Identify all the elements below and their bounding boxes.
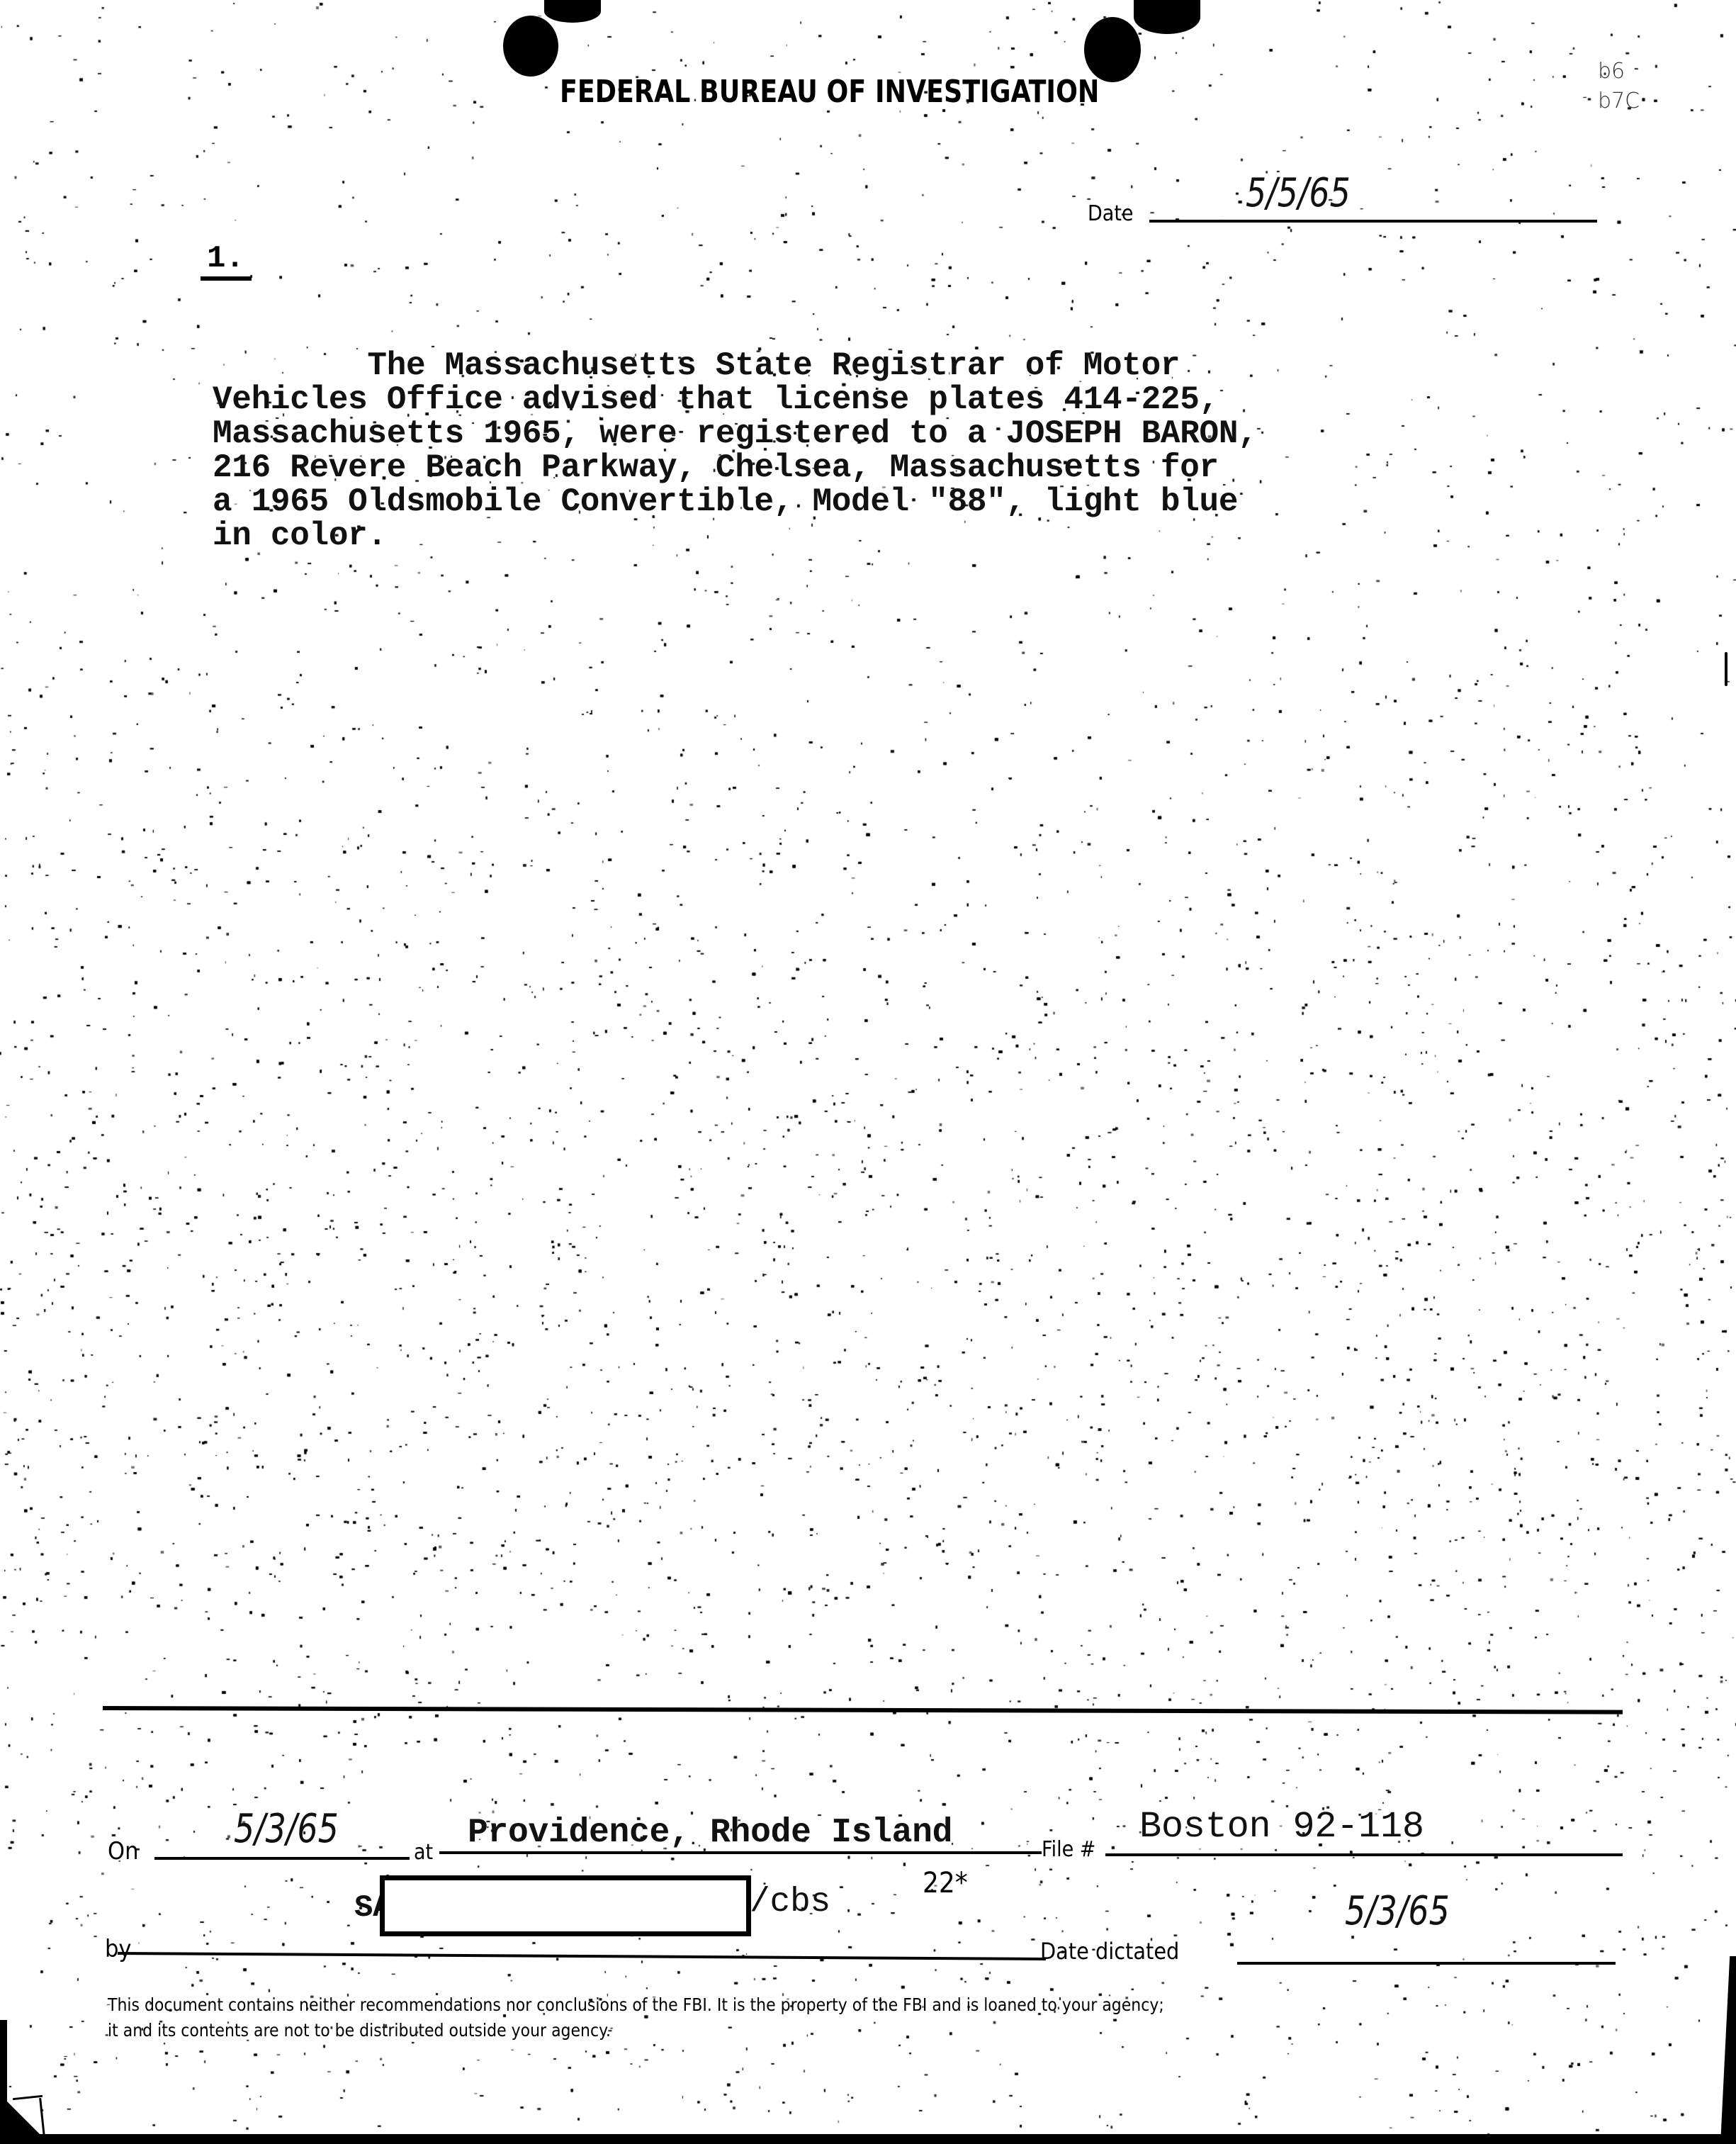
punch-hole-right <box>1084 17 1141 82</box>
agency-title: FEDERAL BUREAU OF INVESTIGATION <box>560 74 1099 110</box>
body-line-1: The Massachusetts State Registrar of Mot… <box>213 349 1180 383</box>
scan-edge-right <box>1720 1956 1736 2144</box>
date-value: 5/5/65 <box>1246 170 1351 216</box>
on-rule <box>154 1857 410 1860</box>
section-number: 1. <box>207 241 244 276</box>
section-number-underline <box>201 276 252 281</box>
date-dictated-label: Date dictated <box>1040 1938 1179 1965</box>
fold-crease-vertical <box>39 2098 45 2137</box>
fbi-document-page: FEDERAL BUREAU OF INVESTIGATION b6 b7C D… <box>0 0 1736 2144</box>
body-line-6: in color. <box>213 519 387 553</box>
punch-hole-left-top <box>544 0 601 23</box>
body-line-4: 216 Revere Beach Parkway, Chelsea, Massa… <box>213 451 1219 485</box>
scan-edge-bottom <box>0 2134 1736 2144</box>
scan-edge-mark <box>1725 652 1727 686</box>
on-date-value: 5/3/65 <box>234 1806 339 1852</box>
typist-initials: /cbs <box>750 1885 830 1919</box>
at-location-value: Providence, Rhode Island <box>468 1816 952 1850</box>
on-label: On <box>108 1837 138 1865</box>
date-dictated-value: 5/3/65 <box>1345 1888 1450 1934</box>
by-label: by <box>105 1935 132 1963</box>
footer-separator <box>103 1706 1623 1714</box>
at-label: at <box>414 1840 433 1865</box>
date-dictated-rule <box>1237 1962 1616 1965</box>
fold-crease <box>13 2095 43 2100</box>
body-line-5: a 1965 Oldsmobile Convertible, Model "88… <box>213 485 1238 519</box>
by-rule <box>118 1952 1046 1960</box>
date-rule <box>1149 220 1597 223</box>
file-number-label: File # <box>1042 1837 1095 1862</box>
punch-hole-right-top <box>1134 0 1200 34</box>
body-line-3: Massachusetts 1965, were registered to a… <box>213 417 1257 451</box>
serial-annotation: 22* <box>923 1867 968 1899</box>
file-number-rule <box>1105 1853 1623 1856</box>
exemption-code-b7c: b7C <box>1598 91 1640 112</box>
disclaimer-line-1: This document contains neither recommend… <box>108 1994 1164 2015</box>
disclaimer-line-2: it and its contents are not to be distri… <box>108 2020 611 2041</box>
body-line-2: Vehicles Office advised that license pla… <box>213 383 1219 417</box>
file-number-value: Boston 92-118 <box>1139 1810 1424 1844</box>
exemption-code-b6: b6 <box>1598 61 1625 82</box>
punch-hole-left <box>503 16 558 77</box>
redacted-agent-name <box>380 1875 751 1936</box>
date-label: Date <box>1088 201 1134 226</box>
